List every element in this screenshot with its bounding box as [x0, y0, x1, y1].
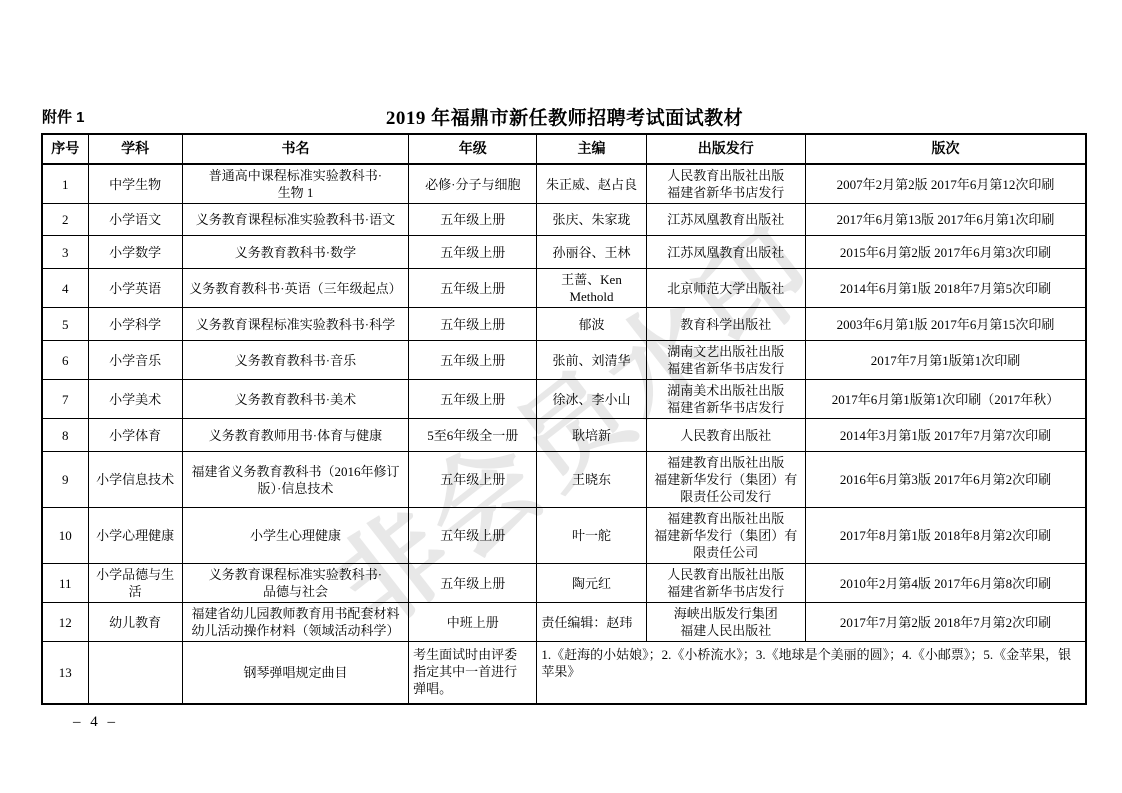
- table-cell: 3: [42, 236, 88, 269]
- table-cell: 2: [42, 204, 88, 236]
- table-cell: 2007年2月第2版 2017年6月第12次印刷: [805, 164, 1086, 204]
- table-cell: 责任编辑：赵玮: [537, 603, 646, 642]
- table-cell: 2017年7月第1版第1次印刷: [805, 341, 1086, 380]
- column-header: 序号: [42, 134, 88, 164]
- table-row: 2小学语文义务教育课程标准实验教科书·语文五年级上册张庆、朱家珑江苏凤凰教育出版…: [42, 204, 1086, 236]
- table-cell: 人民教育出版社出版 福建省新华书店发行: [646, 564, 805, 603]
- table-cell: 小学音乐: [88, 341, 182, 380]
- table-cell: 徐冰、李小山: [537, 380, 646, 419]
- table-row: 11小学品德与生活义务教育课程标准实验教科书· 品德与社会五年级上册陶元红人民教…: [42, 564, 1086, 603]
- document-page: 非会员水印 附件 1 2019 年福鼎市新任教师招聘考试面试教材 序号学科书名年…: [0, 0, 1122, 793]
- table-cell: 9: [42, 452, 88, 508]
- table-cell: 6: [42, 341, 88, 380]
- table-cell: 湖南文艺出版社出版 福建省新华书店发行: [646, 341, 805, 380]
- table-cell: 小学信息技术: [88, 452, 182, 508]
- table-cell: 小学体育: [88, 419, 182, 452]
- table-cell: 必修·分子与细胞: [409, 164, 537, 204]
- table-cell: 12: [42, 603, 88, 642]
- table-body: 1中学生物普通高中课程标准实验教科书· 生物 1必修·分子与细胞朱正威、赵占良人…: [42, 164, 1086, 704]
- table-cell: 考生面试时由评委 指定其中一首进行 弹唱。: [409, 642, 537, 704]
- table-cell: 2017年7月第2版 2018年7月第2次印刷: [805, 603, 1086, 642]
- table-cell: 教育科学出版社: [646, 308, 805, 341]
- table-cell: 义务教育教科书·英语（三年级起点）: [182, 269, 408, 308]
- table-row: 13钢琴弹唱规定曲目考生面试时由评委 指定其中一首进行 弹唱。1.《赶海的小姑娘…: [42, 642, 1086, 704]
- table-cell: 北京师范大学出版社: [646, 269, 805, 308]
- page-title: 2019 年福鼎市新任教师招聘考试面试教材: [42, 103, 1087, 130]
- column-header: 学科: [88, 134, 182, 164]
- table-row: 4小学英语义务教育教科书·英语（三年级起点）五年级上册王蔷、Ken Methol…: [42, 269, 1086, 308]
- table-cell: 孙丽谷、王林: [537, 236, 646, 269]
- table-cell: 义务教育课程标准实验教科书· 品德与社会: [182, 564, 408, 603]
- table-cell: 五年级上册: [409, 204, 537, 236]
- table-cell: 小学美术: [88, 380, 182, 419]
- table-cell: 福建省义务教育教科书（2016年修订 版）·信息技术: [182, 452, 408, 508]
- table-cell: 人民教育出版社出版 福建省新华书店发行: [646, 164, 805, 204]
- table-cell: 小学科学: [88, 308, 182, 341]
- table-cell: 1: [42, 164, 88, 204]
- table-cell: 五年级上册: [409, 341, 537, 380]
- table-cell: 人民教育出版社: [646, 419, 805, 452]
- table-row: 10小学心理健康小学生心理健康五年级上册叶一舵福建教育出版社出版 福建新华发行（…: [42, 508, 1086, 564]
- table-cell: 5至6年级全一册: [409, 419, 537, 452]
- table-cell: 2017年8月第1版 2018年8月第2次印刷: [805, 508, 1086, 564]
- table-cell: 海峡出版发行集团 福建人民出版社: [646, 603, 805, 642]
- table-cell: 8: [42, 419, 88, 452]
- table-cell: 五年级上册: [409, 564, 537, 603]
- column-header: 年级: [409, 134, 537, 164]
- table-cell: 陶元红: [537, 564, 646, 603]
- table-cell: 10: [42, 508, 88, 564]
- table-container: 序号学科书名年级主编出版发行版次 1中学生物普通高中课程标准实验教科书· 生物 …: [41, 133, 1087, 705]
- table-cell: 1.《赶海的小姑娘》；2.《小桥流水》；3.《地球是个美丽的圆》；4.《小邮票》…: [537, 642, 1086, 704]
- table-row: 9小学信息技术福建省义务教育教科书（2016年修订 版）·信息技术五年级上册王晓…: [42, 452, 1086, 508]
- table-row: 6小学音乐义务教育教科书·音乐五年级上册张前、刘清华湖南文艺出版社出版 福建省新…: [42, 341, 1086, 380]
- table-cell: 叶一舵: [537, 508, 646, 564]
- table-cell: 五年级上册: [409, 308, 537, 341]
- table-cell: 7: [42, 380, 88, 419]
- table-cell: 中学生物: [88, 164, 182, 204]
- table-cell: 耿培新: [537, 419, 646, 452]
- table-cell: 13: [42, 642, 88, 704]
- table-cell: 4: [42, 269, 88, 308]
- table-cell: 张庆、朱家珑: [537, 204, 646, 236]
- table-cell: 义务教育教师用书·体育与健康: [182, 419, 408, 452]
- table-cell: 朱正威、赵占良: [537, 164, 646, 204]
- table-row: 7小学美术义务教育教科书·美术五年级上册徐冰、李小山湖南美术出版社出版 福建省新…: [42, 380, 1086, 419]
- table-cell: 福建教育出版社出版 福建新华发行（集团）有 限责任公司: [646, 508, 805, 564]
- table-cell: 义务教育教科书·数学: [182, 236, 408, 269]
- table-cell: 五年级上册: [409, 452, 537, 508]
- table-cell: 湖南美术出版社出版 福建省新华书店发行: [646, 380, 805, 419]
- table-cell: 小学英语: [88, 269, 182, 308]
- table-cell: 义务教育教科书·音乐: [182, 341, 408, 380]
- table-cell: 2010年2月第4版 2017年6月第8次印刷: [805, 564, 1086, 603]
- table-cell: 2014年3月第1版 2017年7月第7次印刷: [805, 419, 1086, 452]
- table-cell: 五年级上册: [409, 269, 537, 308]
- table-cell: 普通高中课程标准实验教科书· 生物 1: [182, 164, 408, 204]
- table-cell: 小学心理健康: [88, 508, 182, 564]
- table-row: 8小学体育义务教育教师用书·体育与健康5至6年级全一册耿培新人民教育出版社201…: [42, 419, 1086, 452]
- table-cell: 王晓东: [537, 452, 646, 508]
- column-header: 出版发行: [646, 134, 805, 164]
- table-cell: 五年级上册: [409, 236, 537, 269]
- table-cell: 2003年6月第1版 2017年6月第15次印刷: [805, 308, 1086, 341]
- table-cell: 义务教育课程标准实验教科书·科学: [182, 308, 408, 341]
- table-cell: 2017年6月第13版 2017年6月第1次印刷: [805, 204, 1086, 236]
- column-header: 版次: [805, 134, 1086, 164]
- textbook-table: 序号学科书名年级主编出版发行版次 1中学生物普通高中课程标准实验教科书· 生物 …: [41, 133, 1087, 705]
- table-cell: 福建省幼儿园教师教育用书配套材料 幼儿活动操作材料（领域活动科学）: [182, 603, 408, 642]
- table-cell: 钢琴弹唱规定曲目: [182, 642, 408, 704]
- table-row: 1中学生物普通高中课程标准实验教科书· 生物 1必修·分子与细胞朱正威、赵占良人…: [42, 164, 1086, 204]
- table-cell: 五年级上册: [409, 508, 537, 564]
- header-row: 序号学科书名年级主编出版发行版次: [42, 134, 1086, 164]
- table-cell: [88, 642, 182, 704]
- table-header-row: 序号学科书名年级主编出版发行版次: [42, 134, 1086, 164]
- table-cell: 2017年6月第1版第1次印刷（2017年秋）: [805, 380, 1086, 419]
- table-cell: 福建教育出版社出版 福建新华发行（集团）有 限责任公司发行: [646, 452, 805, 508]
- table-cell: 2015年6月第2版 2017年6月第3次印刷: [805, 236, 1086, 269]
- table-cell: 义务教育课程标准实验教科书·语文: [182, 204, 408, 236]
- table-cell: 郁波: [537, 308, 646, 341]
- table-row: 3小学数学义务教育教科书·数学五年级上册孙丽谷、王林江苏凤凰教育出版社2015年…: [42, 236, 1086, 269]
- table-cell: 2016年6月第3版 2017年6月第2次印刷: [805, 452, 1086, 508]
- table-cell: 小学数学: [88, 236, 182, 269]
- table-cell: 小学品德与生活: [88, 564, 182, 603]
- table-cell: 江苏凤凰教育出版社: [646, 236, 805, 269]
- table-cell: 江苏凤凰教育出版社: [646, 204, 805, 236]
- table-cell: 5: [42, 308, 88, 341]
- table-cell: 中班上册: [409, 603, 537, 642]
- table-cell: 小学语文: [88, 204, 182, 236]
- table-cell: 11: [42, 564, 88, 603]
- table-row: 12幼儿教育福建省幼儿园教师教育用书配套材料 幼儿活动操作材料（领域活动科学）中…: [42, 603, 1086, 642]
- table-cell: 义务教育教科书·美术: [182, 380, 408, 419]
- table-cell: 2014年6月第1版 2018年7月第5次印刷: [805, 269, 1086, 308]
- table-row: 5小学科学义务教育课程标准实验教科书·科学五年级上册郁波教育科学出版社2003年…: [42, 308, 1086, 341]
- document-header: 附件 1 2019 年福鼎市新任教师招聘考试面试教材: [42, 103, 1087, 131]
- column-header: 书名: [182, 134, 408, 164]
- column-header: 主编: [537, 134, 646, 164]
- table-cell: 王蔷、Ken Methold: [537, 269, 646, 308]
- table-cell: 小学生心理健康: [182, 508, 408, 564]
- table-cell: 张前、刘清华: [537, 341, 646, 380]
- table-cell: 五年级上册: [409, 380, 537, 419]
- table-cell: 幼儿教育: [88, 603, 182, 642]
- page-number: – 4 –: [73, 714, 118, 731]
